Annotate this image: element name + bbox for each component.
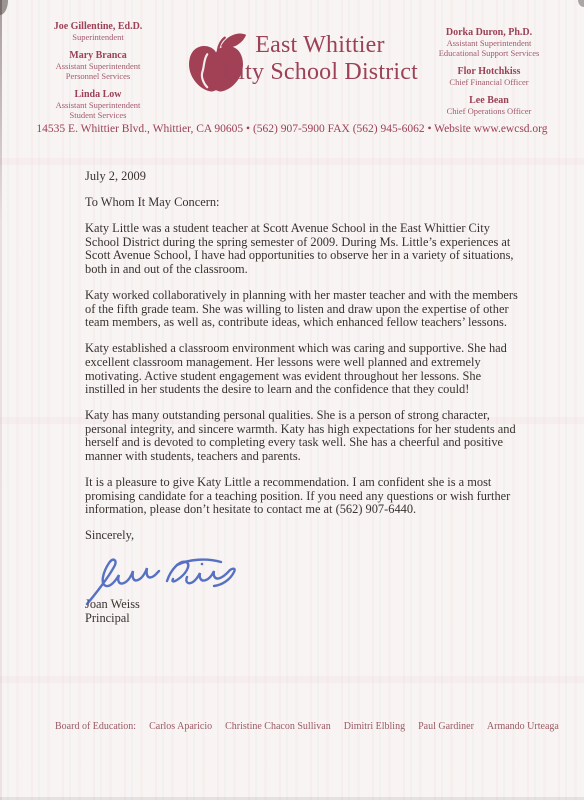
official-name: Linda Low [28, 89, 168, 100]
board-member: Carlos Aparicio [149, 721, 212, 732]
official-entry: Lee Bean Chief Operations Officer [408, 95, 570, 116]
letter-body: July 2, 2009 To Whom It May Concern: Kat… [85, 170, 523, 625]
district-name-line2: City School District [218, 59, 422, 86]
scan-corner-top-left [0, 0, 8, 15]
official-title: Educational Support Services [408, 48, 570, 58]
official-name: Lee Bean [408, 95, 570, 106]
letter-paragraph-2: Katy worked collaboratively in planning … [85, 289, 523, 330]
official-title: Personnel Services [28, 71, 168, 81]
board-of-education-footer: Board of Education: Carlos Aparicio Chri… [55, 721, 559, 732]
official-entry: Mary Branca Assistant Superintendent Per… [28, 50, 168, 81]
official-entry: Joe Gillentine, Ed.D. Superintendent [28, 21, 168, 42]
board-member: Paul Gardiner [418, 721, 474, 732]
board-footer-label: Board of Education: [55, 721, 136, 732]
letter-paragraph-1: Katy Little was a student teacher at Sco… [85, 222, 523, 276]
official-title: Assistant Superintendent [408, 38, 570, 48]
letter-paragraph-4: Katy has many outstanding personal quali… [85, 409, 523, 463]
letterhead-officials-left: Joe Gillentine, Ed.D. Superintendent Mar… [28, 21, 168, 128]
official-title: Assistant Superintendent [28, 100, 168, 110]
district-name-line1: East Whittier [218, 32, 422, 59]
scanned-letter-page: Joe Gillentine, Ed.D. Superintendent Mar… [0, 0, 584, 800]
official-entry: Linda Low Assistant Superintendent Stude… [28, 89, 168, 120]
letter-paragraph-3: Katy established a classroom environment… [85, 342, 523, 396]
board-member: Dimitri Elbling [344, 721, 405, 732]
official-title: Chief Financial Officer [408, 77, 570, 87]
official-name: Mary Branca [28, 50, 168, 61]
handwritten-signature [81, 555, 523, 597]
official-name: Joe Gillentine, Ed.D. [28, 21, 168, 32]
board-member: Christine Chacon Sullivan [225, 721, 331, 732]
scan-corner-top-right [578, 0, 584, 7]
official-title: Student Services [28, 110, 168, 120]
official-entry: Dorka Duron, Ph.D. Assistant Superintend… [408, 27, 570, 58]
district-name: East Whittier City School District [218, 32, 422, 86]
letterhead-officials-right: Dorka Duron, Ph.D. Assistant Superintend… [408, 27, 570, 124]
official-name: Dorka Duron, Ph.D. [408, 27, 570, 38]
signer-title: Principal [85, 611, 523, 625]
letter-closing: Sincerely, [85, 529, 523, 543]
official-title: Superintendent [28, 32, 168, 42]
signature-ink-icon [81, 555, 261, 609]
scan-edge-left [0, 0, 2, 800]
official-title: Assistant Superintendent [28, 61, 168, 71]
letter-salutation: To Whom It May Concern: [85, 196, 523, 210]
board-member: Armando Urteaga [487, 721, 559, 732]
official-title: Chief Operations Officer [408, 106, 570, 116]
letter-paragraph-5: It is a pleasure to give Katy Little a r… [85, 476, 523, 517]
official-entry: Flor Hotchkiss Chief Financial Officer [408, 66, 570, 87]
letter-date: July 2, 2009 [85, 170, 523, 184]
district-address-line: 14535 E. Whittier Blvd., Whittier, CA 90… [0, 123, 584, 135]
official-name: Flor Hotchkiss [408, 66, 570, 77]
